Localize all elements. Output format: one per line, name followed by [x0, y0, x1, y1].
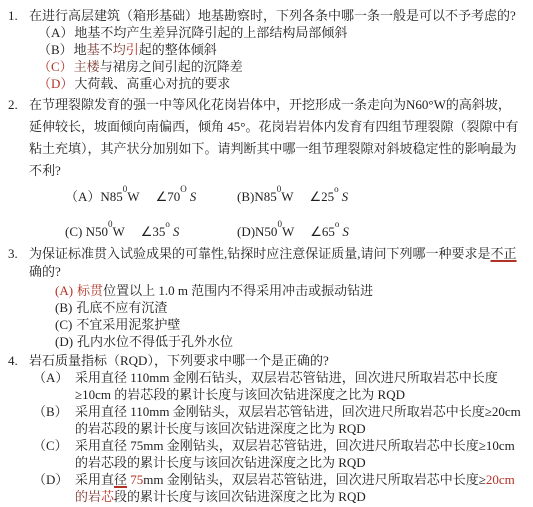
question-3-title: 为保证标准贯入试验成果的可靠性,钻探时应注意保证质量,请问下列哪一种要求是不正确…: [29, 246, 517, 279]
question-4-option-c: （C） 采用直径 75mm 金刚钻头，双层岩芯管钻进，回次进尺所取岩芯中长度≥1…: [8, 437, 523, 471]
text-segment: 采用直: [75, 472, 114, 487]
dip-degree-sup: o: [334, 184, 339, 194]
option-label: （B）: [38, 41, 73, 58]
option-text: 采用直径 75mm 金刚钻头，双层岩芯管钻进，回次进尺所取岩芯中长度≥20cm …: [75, 472, 515, 504]
question-3-option-b: (B) 孔底不应有沉渣: [8, 299, 523, 316]
dip-degree-sup: o: [165, 219, 170, 229]
text-segment: 不: [100, 42, 113, 57]
question-4-option-d: （D） 采用直径 75mm 金刚钻头，双层岩芯管钻进，回次进尺所取岩芯中长度≥2…: [8, 471, 523, 505]
text-segment: 大荷载、高重心对抗的要求: [74, 76, 230, 91]
text-segment: （C）: [38, 59, 73, 74]
question-4-heading: 4. 岩石质量指标（RQD），下列要求中哪一个是正确的?: [8, 352, 523, 369]
option-label: （C）: [33, 437, 68, 454]
question-1-option-b: （B） 地基不均引起的整体倾斜: [8, 41, 523, 58]
text-segment: （D）: [38, 76, 73, 91]
option-text: 地基不均引起的整体倾斜: [74, 41, 217, 58]
option-label: (A): [55, 282, 73, 299]
question-2-option-a: （A）N850W∠70OS: [65, 188, 237, 205]
text-segment: (C): [55, 317, 72, 332]
question-3-heading: 3. 为保证标准贯入试验成果的可靠性,钻探时应注意保证质量,请问下列哪一种要求是…: [8, 245, 523, 281]
text-segment: 在进行高层建筑（箱形基础）地基勘察时，下列各条中哪一条一般是可以不予考虑的?: [29, 8, 516, 23]
strike-value: N85: [254, 189, 276, 204]
text-segment: （B）: [33, 404, 68, 419]
dip-degree-sup: o: [335, 219, 340, 229]
question-4: 4. 岩石质量指标（RQD），下列要求中哪一个是正确的? （A） 采用直径 11…: [8, 352, 523, 505]
text-segment: 起的整体倾斜: [139, 42, 217, 57]
dip-degree-sup: O: [180, 184, 187, 194]
text-segment: 位置以上 1.0 m 范围内不得采用冲击或振动钻进: [103, 283, 373, 298]
option-label: （D）: [38, 75, 73, 92]
text-segment: 引: [126, 42, 139, 57]
dip-direction: S: [342, 189, 349, 204]
text-segment: 在节理裂隙发育的强一中等风化花岗岩体中，开挖形成一条走向为N60°W的高斜坡，延…: [29, 97, 518, 178]
option-label: (C): [55, 316, 72, 333]
text-segment: 基: [87, 42, 100, 57]
option-label: (C): [65, 224, 86, 239]
question-1-option-c: （C） 主楼与裙房之间引起的沉降差: [8, 58, 523, 75]
text-segment: (A): [55, 283, 73, 298]
text-segment: 岩石质量指标（RQD），下列要求中哪一个是正确的?: [29, 353, 329, 368]
option-label: （A）: [38, 24, 73, 41]
option-label: （A）: [65, 189, 100, 204]
text-segment: 径: [114, 472, 127, 487]
option-label: (B): [237, 189, 254, 204]
question-3-option-d: (D) 孔内水位不得低于孔外水位: [8, 333, 523, 350]
option-text: 孔底不应有沉渣: [76, 299, 167, 316]
text-segment: 采用直径 110mm 金刚石钻头，双层岩芯管钻进，回次进尺所取岩芯中长度≥10c…: [75, 370, 498, 402]
scanned-exam-document: { "colors": { "background": "#ffffff", "…: [0, 0, 533, 507]
text-segment: 采用直径 110mm 金刚钻头，双层岩芯管钻进，回次进尺所取岩芯中长度≥20cm…: [75, 404, 521, 436]
option-text: 主楼与裙房之间引起的沉降差: [74, 58, 243, 75]
question-2-option-c: (C) N500W∠35oS: [65, 223, 237, 240]
text-segment: 标贯: [77, 283, 103, 298]
question-2-option-b: (B)N850W∠25oS: [237, 188, 523, 205]
text-segment: 地: [74, 42, 87, 57]
text-segment: 芯: [101, 489, 114, 504]
question-2-heading: 2. 在节理裂隙发育的强一中等风化花岗岩体中，开挖形成一条走向为N60°W的高斜…: [8, 94, 523, 182]
option-text: 采用直径 110mm 金刚钻头，双层岩芯管钻进，回次进尺所取岩芯中长度≥20cm…: [75, 404, 521, 436]
question-1-number: 1.: [8, 7, 18, 24]
text-segment: mm 金刚钻头，双层岩芯管钻进，回次进尺所取岩芯中长度≥: [143, 472, 486, 487]
dip-angle: ∠35: [141, 224, 166, 239]
text-segment: 采用直径 75mm 金刚钻头，双层岩芯管钻进，回次进尺所取岩芯中长度≥10cm …: [75, 438, 515, 470]
strike-value: N50: [255, 224, 277, 239]
dip-direction: S: [190, 189, 197, 204]
text-segment: 地基不均产生差异沉降引起的上部结构局部倾斜: [74, 25, 347, 40]
strike-degree-sup: 0: [277, 184, 282, 194]
strike-degree-sup: 0: [108, 219, 113, 229]
question-3-option-c: (C) 不宜采用泥浆护壁: [8, 316, 523, 333]
strike-degree-sup: 0: [123, 184, 128, 194]
option-label: （C）: [38, 58, 73, 75]
text-segment: (D): [55, 334, 73, 349]
question-4-title: 岩石质量指标（RQD），下列要求中哪一个是正确的?: [29, 353, 329, 368]
option-text: 采用直径 110mm 金刚石钻头，双层岩芯管钻进，回次进尺所取岩芯中长度≥10c…: [75, 370, 498, 402]
option-text: 地基不均产生差异沉降引起的上部结构局部倾斜: [74, 24, 347, 41]
text-segment: 20cm: [486, 472, 515, 487]
text-segment: 孔底不应有沉渣: [76, 300, 167, 315]
text-segment: 75: [130, 472, 143, 487]
dip-angle: ∠65: [310, 224, 335, 239]
option-text: 大荷载、高重心对抗的要求: [74, 75, 230, 92]
option-label: （B）: [33, 403, 68, 420]
option-label: （A）: [33, 369, 68, 386]
question-1-option-d: （D） 大荷载、高重心对抗的要求: [8, 75, 523, 92]
option-text: 不宜采用泥浆护壁: [76, 316, 180, 333]
text-segment: （C）: [33, 438, 68, 453]
question-1-heading: 1. 在进行高层建筑（箱形基础）地基勘察时，下列各条中哪一条一般是可以不予考虑的…: [8, 7, 523, 24]
question-3-number: 3.: [8, 245, 18, 263]
question-1-options: （A） 地基不均产生差异沉降引起的上部结构局部倾斜 （B） 地基不均引起的整体倾…: [8, 24, 523, 92]
strike-value: N85: [100, 189, 122, 204]
question-2: 2. 在节理裂隙发育的强一中等风化花岗岩体中，开挖形成一条走向为N60°W的高斜…: [8, 94, 523, 240]
strike-direction: W: [281, 189, 293, 204]
question-3: 3. 为保证标准贯入试验成果的可靠性,钻探时应注意保证质量,请问下列哪一种要求是…: [8, 245, 523, 350]
text-segment: 为保证标准贯入试验成果的可靠性,钻探时应注意保证质量,请问下列哪一种要求是: [29, 246, 491, 261]
text-segment: 孔内水位不得低于孔外水位: [77, 334, 233, 349]
question-4-options: （A） 采用直径 110mm 金刚石钻头，双层岩芯管钻进，回次进尺所取岩芯中长度…: [8, 369, 523, 505]
text-segment: 确的?: [29, 264, 61, 279]
option-label: (D): [55, 333, 73, 350]
strike-direction: W: [127, 189, 139, 204]
text-segment: 与裙房之间引起的沉降差: [100, 59, 243, 74]
option-label: (D): [237, 224, 255, 239]
text-segment: 不宜采用泥浆护壁: [76, 317, 180, 332]
dip-direction: S: [173, 224, 180, 239]
question-2-option-d: (D)N500W∠65oS: [237, 223, 523, 240]
question-2-title: 在节理裂隙发育的强一中等风化花岗岩体中，开挖形成一条走向为N60°W的高斜坡，延…: [29, 97, 518, 178]
dip-angle: ∠70: [156, 189, 181, 204]
question-1-title: 在进行高层建筑（箱形基础）地基勘察时，下列各条中哪一条一般是可以不予考虑的?: [29, 8, 516, 23]
strike-degree-sup: 0: [277, 219, 282, 229]
question-1: 1. 在进行高层建筑（箱形基础）地基勘察时，下列各条中哪一条一般是可以不予考虑的…: [8, 7, 523, 92]
text-segment: （A）: [33, 370, 68, 385]
text-segment: （A）: [38, 25, 73, 40]
question-3-options: (A) 标贯位置以上 1.0 m 范围内不得采用冲击或振动钻进 (B) 孔底不应…: [8, 282, 523, 350]
option-label: (B): [55, 299, 72, 316]
strike-value: N50: [86, 224, 108, 239]
question-4-option-a: （A） 采用直径 110mm 金刚石钻头，双层岩芯管钻进，回次进尺所取岩芯中长度…: [8, 369, 523, 403]
option-text: 孔内水位不得低于孔外水位: [77, 333, 233, 350]
question-4-option-b: （B） 采用直径 110mm 金刚钻头，双层岩芯管钻进，回次进尺所取岩芯中长度≥…: [8, 403, 523, 437]
question-1-option-a: （A） 地基不均产生差异沉降引起的上部结构局部倾斜: [8, 24, 523, 41]
question-3-option-a: (A) 标贯位置以上 1.0 m 范围内不得采用冲击或振动钻进: [8, 282, 523, 299]
option-label: （D）: [33, 471, 68, 488]
question-2-number: 2.: [8, 94, 18, 116]
text-segment: 主楼: [74, 59, 100, 74]
option-text: 标贯位置以上 1.0 m 范围内不得采用冲击或振动钻进: [77, 282, 373, 299]
question-4-number: 4.: [8, 352, 18, 369]
option-text: 采用直径 75mm 金刚钻头，双层岩芯管钻进，回次进尺所取岩芯中长度≥10cm …: [75, 438, 515, 470]
text-segment: 的岩: [75, 489, 101, 504]
question-2-options: （A）N850W∠70OS (B)N850W∠25oS (C) N500W∠35…: [65, 188, 523, 240]
text-segment: （D）: [33, 472, 68, 487]
dip-angle: ∠25: [310, 189, 335, 204]
strike-direction: W: [282, 224, 294, 239]
dip-direction: S: [342, 224, 349, 239]
text-segment: (B): [55, 300, 72, 315]
strike-direction: W: [112, 224, 124, 239]
text-segment: 不正: [491, 246, 517, 261]
text-segment: 段的累计长度与该回次钻进深度之比为 RQD: [114, 489, 366, 504]
text-segment: 均: [113, 42, 126, 57]
text-segment: （B）: [38, 42, 73, 57]
